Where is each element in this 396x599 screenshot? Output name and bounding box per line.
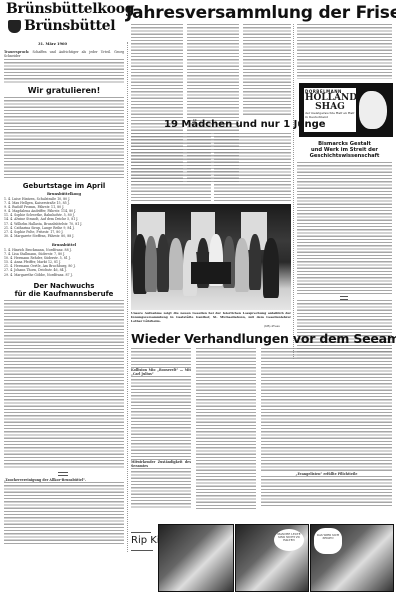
comic-panel-2: MANCHE LEUTE SIND NICHT ZU HALTEN xyxy=(235,524,309,592)
headline-seeamt: Wieder Verhandlungen vor dem Seeamt xyxy=(131,331,396,346)
congrats-text xyxy=(4,97,124,179)
comic-panel-3: DAS WIRD SICH ZEIGEN xyxy=(310,524,394,592)
seeamt-subhead-1: Kollision Mio „Roosevelt“ — Mit „Carl Ju… xyxy=(131,368,191,376)
right-top-text xyxy=(297,24,392,79)
headline-bismarck: Bismarcks Gestalt und Werk im Streit der… xyxy=(297,141,392,159)
column-rule xyxy=(293,24,294,359)
maedchen-text-col1 xyxy=(131,133,211,201)
birthday-row: 29. 4. Margarethe Göbbe, Nordfranz. 87 J… xyxy=(4,273,124,277)
section-divider xyxy=(58,472,68,476)
masthead-title: Brünsbüttelkoog xyxy=(6,2,134,17)
friseur-text-col3 xyxy=(243,24,291,116)
headline-bismarck-line3: Geschichtswissenschaft xyxy=(297,153,392,159)
headline-friseurinnung: Jahresversammlung der Friseurinnung xyxy=(126,3,396,23)
notice-block: Trauerspruch: Schaffen und Aufrichtiger … xyxy=(4,50,124,84)
column-rule xyxy=(127,42,128,552)
birthday-row: 30. 4. Margarete Steffens, Fährstr. 80, … xyxy=(4,234,124,238)
comic-rule-bottom xyxy=(131,550,153,551)
headline-19-maedchen: 19 Mädchen und nur 1 Junge xyxy=(164,119,326,130)
masthead-subtitle: Brünsbüttel xyxy=(24,19,115,34)
seeamt-subhead-2: Mitwirkender Zuständigkeit des Seeamtes xyxy=(131,460,191,468)
maedchen-text-col2 xyxy=(214,133,291,201)
birthday-list-1: 1. 4. Luise Hintzen, Schulstraße 10, 80 … xyxy=(4,197,124,239)
group-photo xyxy=(131,204,291,310)
birthday-list-2: 1. 4. Hinrich Brockmann, Nordfranz. 88 J… xyxy=(4,248,124,278)
text-lines xyxy=(4,59,124,83)
seeamt-text-col1: Kollision Mio „Roosevelt“ — Mit „Carl Ju… xyxy=(131,348,191,510)
coat-of-arms-icon xyxy=(8,20,21,33)
seeamt-text-col3: „Evangelisten“ erfüllte Pflichtteile xyxy=(261,348,392,510)
comic-rule-top xyxy=(131,532,151,533)
bismarck-text xyxy=(297,162,392,294)
photo-credit: (hB)-Press xyxy=(264,324,280,328)
footer-note: „Tauchervereinigung der Allkor-Brunsbütt… xyxy=(4,478,124,548)
trainees-text xyxy=(4,300,124,468)
germany-map-icon xyxy=(359,91,387,129)
issue-date: 31. März 1960 xyxy=(38,42,67,46)
seeamt-text-col2 xyxy=(196,348,256,510)
headline-trainees-line2: für die Kaufmannsberufe xyxy=(4,290,124,298)
headline-birthdays: Geburtstage im April xyxy=(4,182,124,190)
comic-panel-1 xyxy=(158,524,234,592)
speech-bubble: MANCHE LEUTE SIND NICHT ZU HALTEN xyxy=(274,529,304,551)
birthdays-section-brunsbuettel: Brunsbüttel xyxy=(4,243,124,247)
birthdays-section-brunsbuettelkoog: Brunsbüttelkoog xyxy=(4,192,124,196)
headline-congrats: Wir gratulieren! xyxy=(4,86,124,95)
speech-bubble: DAS WIRD SICH ZEIGEN xyxy=(314,528,342,554)
headline-trainees: Der Nachwuchs für die Kaufmannsberufe xyxy=(4,282,124,298)
headline-trainees-line1: Der Nachwuchs xyxy=(4,282,124,290)
